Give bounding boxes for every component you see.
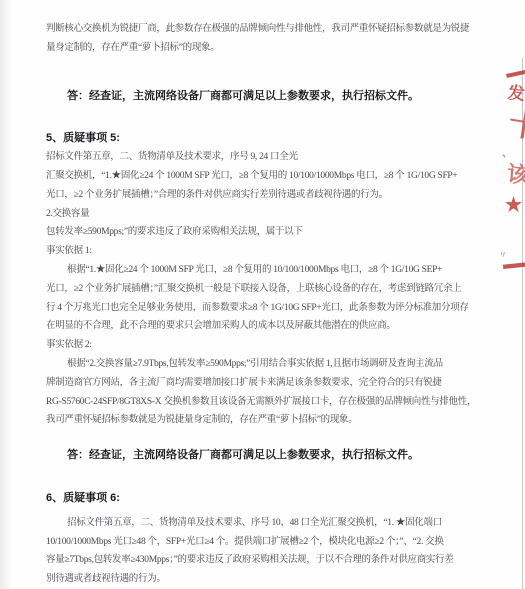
body-line: 光口，≥2 个业务扩展插槽；”合理的条件对供应商实行差别待遇或者歧视待遇的行为。 <box>46 186 511 205</box>
body-line: 量身定制的，存在严重“萝卜招标”的现象。 <box>46 39 511 58</box>
body-line: 招标文件第五章，二、货物清单及技术要求，序号 9, 24 口全光 <box>46 148 511 167</box>
body-line: 在明显的不合理，此不合理的要求只会增加采购人的成本以及屏蔽其他潜在的供应商。 <box>46 317 511 336</box>
body-line: 判断核心交换机为锐捷厂商，此参数存在极强的品牌倾向性与排他性，我司严重怀疑招标参… <box>46 20 511 39</box>
answer-line: 答：经查证，主流网络设备厂商都可满足以上参数要求，执行招标文件。 <box>46 446 511 465</box>
body-line: 包转发率≥590Mpps;”的要求违反了政府采购相关法规，属于以下 <box>46 223 511 242</box>
body-line: 行 4 个万兆光口也完全足够业务使用，而参数要求≥8 个 1G/10G SFP+… <box>46 299 511 318</box>
body-line: 别待遇或者歧视待遇的行为。 <box>46 570 511 589</box>
body-line: 光口，≥2 个业务扩展插槽；”汇聚交换机一般是下联接入设备，上联核心设备的存在，… <box>46 280 511 299</box>
section-heading: 6、质疑事项 6: <box>46 489 511 508</box>
body-line: 我司严重怀疑招标参数就是为锐捷量身定制的，存在严重“萝卜招标”的现象。 <box>46 411 511 430</box>
body-line: 根据“1.★固化≥24 个 1000M SFP 光口，≥8 个复用的 10/10… <box>46 261 511 280</box>
body-line: 招标文件第五章，二、货物清单及技术要求、序号 10、48 口全光汇聚交换机，“1… <box>46 514 511 533</box>
body-line: RG-S5760C-24SFP/8GT8XS-X 交换机参数且该设备无需额外扩展… <box>46 393 511 412</box>
body-line: 容量≥7Tbps,包转发率≥430Mpps；”的要求违反了政府采购相关法规，于以… <box>46 551 511 570</box>
body-line: 事实依据 2: <box>46 336 511 355</box>
body-line: 2.交换容量 <box>46 205 511 224</box>
scanned-document-page: 判断核心交换机为锐捷厂商，此参数存在极强的品牌倾向性与排他性，我司严重怀疑招标参… <box>0 0 525 589</box>
section-heading: 5、质疑事项 5: <box>46 129 511 148</box>
body-line: 牌制造商官方网站，各主流厂商均需要增加接口扩展卡来满足该条参数要求，完全符合的只… <box>46 374 511 393</box>
body-line: 10/100/1000Mbps 光口≥48 个，SFP+光口≥4 个。提供端口扩… <box>46 533 511 552</box>
body-line: 事实依据 1: <box>46 242 511 261</box>
body-line: 汇聚交换机，“1.★固化≥24 个 1000M SFP 光口，≥8 个复用的 1… <box>46 167 511 186</box>
answer-line: 答：经查证，主流网络设备厂商都可满足以上参数要求，执行招标文件。 <box>46 87 511 106</box>
body-line: 根据“2.交换容量≥7.9Tbps,包转发率≥590Mpps;”引用结合事实依据… <box>46 355 511 374</box>
document-text-block: 判断核心交换机为锐捷厂商，此参数存在极强的品牌倾向性与排他性，我司严重怀疑招标参… <box>0 0 525 589</box>
